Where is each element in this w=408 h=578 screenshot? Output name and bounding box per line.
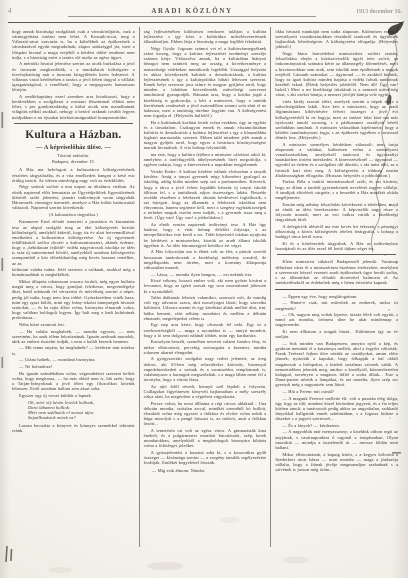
text-block-d: — A nagyobbik már menyasszony; a kisebbi… xyxy=(275,429,398,450)
article-credit: Távirati tudósítás. xyxy=(12,153,135,158)
text-block-d: — Hinné-e csak, mit műveltek az emberek,… xyxy=(275,300,398,310)
article-subhead: — A képviselőház ülése. — xyxy=(12,144,135,151)
text-block-p: Négy Gyula: Jogosan számot vet el a kult… xyxy=(144,46,267,118)
text-block-p: Kissé vékony, hosszú ember volt, aki nem… xyxy=(144,278,267,293)
text-block-p: vitéz király szavait idézi, amelyek szer… xyxy=(275,99,398,140)
text-block-d: — Hát a Ferenc mit csinál? xyxy=(275,389,398,394)
page-number: 4 xyxy=(8,7,68,15)
section-rule xyxy=(277,254,396,255)
text-block-d: — És a lányok? — kérdeztem. xyxy=(275,423,398,428)
column-right: ókba hivatali munkáját nem tudta alaposa… xyxy=(270,27,402,547)
text-block-p: Talán diáktanár lehetett valamikor, szom… xyxy=(144,295,267,321)
text-block-d: — Oh, nagyon meg voltak lepetve, ötszáz … xyxy=(275,312,398,327)
article-dateline: Budapest, december 15. xyxy=(12,159,135,164)
text-block-p: Persze volna, ha most állhatna a régi rá… xyxy=(144,401,267,427)
text-block-p: A gyógyszertári szolgálat nagy terhet je… xyxy=(144,356,267,382)
text-block-p: bólintani valaha tudna. Jelét szerezte a… xyxy=(12,267,135,277)
section-rule xyxy=(14,123,133,124)
column-middle: ság fejlesztésében különösen rendszert t… xyxy=(139,27,271,547)
text-block-p: Ha igazán szándékában volna, végrendelet… xyxy=(12,371,135,392)
text-block-p: Kammerer Ernő előadó ismerteti a javasla… xyxy=(12,219,135,265)
column-left: hogy annak bizottsági szolgálatát csak a… xyxy=(8,27,139,547)
text-block-p: A delegációk üléséről ma este kevés hír … xyxy=(275,224,398,239)
text-block-p: Lassan becsukta a könyvet és könnyes sze… xyxy=(12,423,135,433)
text-block-d: — A magunk Ference mellette élt: volt a … xyxy=(275,396,398,422)
poem: Oh, mért oly későn levelek hullnak, Dara… xyxy=(28,400,135,421)
text-block-p: A miniszter személyes kérdésben válaszol… xyxy=(275,142,398,178)
newspaper-page: 4 ARADI KÖZLÖNY 1913 december 16. hogy a… xyxy=(0,0,408,578)
text-block-p: Néha kissé szomorú lett. xyxy=(12,322,135,327)
text-block-p: A Ház folyosóján ma is élénk volt az éle… xyxy=(144,249,267,270)
text-block-p: Egy nap arra kérte, hogy olvassak fel ne… xyxy=(144,322,267,337)
text-block-p: Ezután még néhány felszólalás következet… xyxy=(275,202,398,223)
feuilleton-signature: — Míg esik álmom. Nándor. xyxy=(144,468,267,473)
text-block-d: — Lássa, — mondta ilyen hangon, — ezt ne… xyxy=(144,272,267,277)
column-container: hogy annak bizottsági szolgálatát csak a… xyxy=(8,27,402,545)
text-block-p: Farkas Béla a tanítói internátusokról sz… xyxy=(275,179,398,200)
text-block-p: A mérnöki hivatal jelentése szerint az u… xyxy=(12,61,135,92)
text-block-d: — Éppen egy éve, hogy meglátogattam. xyxy=(275,294,398,299)
agenda-note: (A kultusztárca tárgyalása.) xyxy=(12,212,135,217)
text-block-p: ma este, hogy a kultúra fejében a minisz… xyxy=(144,152,267,167)
text-block-p: A Ház ma belefogott a kultusztárca költs… xyxy=(12,167,135,182)
text-block-p: Mikor elbúcsúztunk, a kapuig kísért, s a… xyxy=(275,452,398,473)
article-headline: Kultura a Házban. xyxy=(12,129,135,141)
text-block-p: Ha a kultúrának korlátai lettek volna ez… xyxy=(144,120,267,151)
text-block-d: — Mit tenne anyám, ha meghalnék? — kérde… xyxy=(12,345,135,355)
text-block-p: Az elnök ezután napirendi indítványt tes… xyxy=(144,222,267,248)
text-block-d: — Ha valaha meghalnék, — mondta egyszer,… xyxy=(12,329,135,344)
text-block-d: — Sok minden van Budapesten, annyira nyí… xyxy=(275,341,398,387)
text-block-p: A temetésén ott volt az egész város. A g… xyxy=(144,428,267,449)
text-block-p: ókba hivatali munkáját nem tudta alaposa… xyxy=(275,29,398,50)
text-block-p: Négy szónok szólott a mai napon az által… xyxy=(12,184,135,210)
text-block-d: — Utána halnék, — mondaná bizonyára. xyxy=(12,357,135,362)
text-block-p: Mikor állapota rohamosan rosszra fordult… xyxy=(12,279,135,320)
text-block-p: Nagy János honvédelmi miniszterhez szólo… xyxy=(275,51,398,97)
text-block-p: Komolyan beszélt, szemében nevetett vala… xyxy=(144,339,267,354)
text-block-p: A rendőrkapitány ezzel szemben arra hiva… xyxy=(12,94,135,120)
text-block-p: Egyszer egy új verset küldött a lapnak. xyxy=(12,393,135,398)
text-block-p: Az ajtó felől révedt, könnyű szél lépdel… xyxy=(144,384,267,399)
header-rule xyxy=(8,22,402,23)
text-block-p: Ki nem állhatom a maguk házát... Különös… xyxy=(275,329,398,339)
text-block-p: ság fejlesztésében különösen rendszert t… xyxy=(144,29,267,44)
text-block-p: Klein miniszteri titkárról Budapestről j… xyxy=(275,259,398,285)
page-header: 4 ARADI KÖZLÖNY 1913 december 16. xyxy=(8,7,402,21)
text-block-p: Vertán Endre: A kultúra kérdése nálunk e… xyxy=(144,169,267,221)
section-rule-thick xyxy=(275,289,398,290)
masthead: ARADI KÖZLÖNY xyxy=(68,7,316,17)
text-block-p: hogy annak bizottsági szolgálatát csak a… xyxy=(12,29,135,60)
text-block-d: — Ne bolondozz! xyxy=(12,364,135,369)
issue-date: 1913 december 16. xyxy=(316,9,402,15)
text-block-p: Ki és a kötelezettek tárgyaltak. A Ház a… xyxy=(275,241,398,251)
text-block-p: A gyászjelentést a kaszinó adta ki, s a … xyxy=(144,450,267,465)
